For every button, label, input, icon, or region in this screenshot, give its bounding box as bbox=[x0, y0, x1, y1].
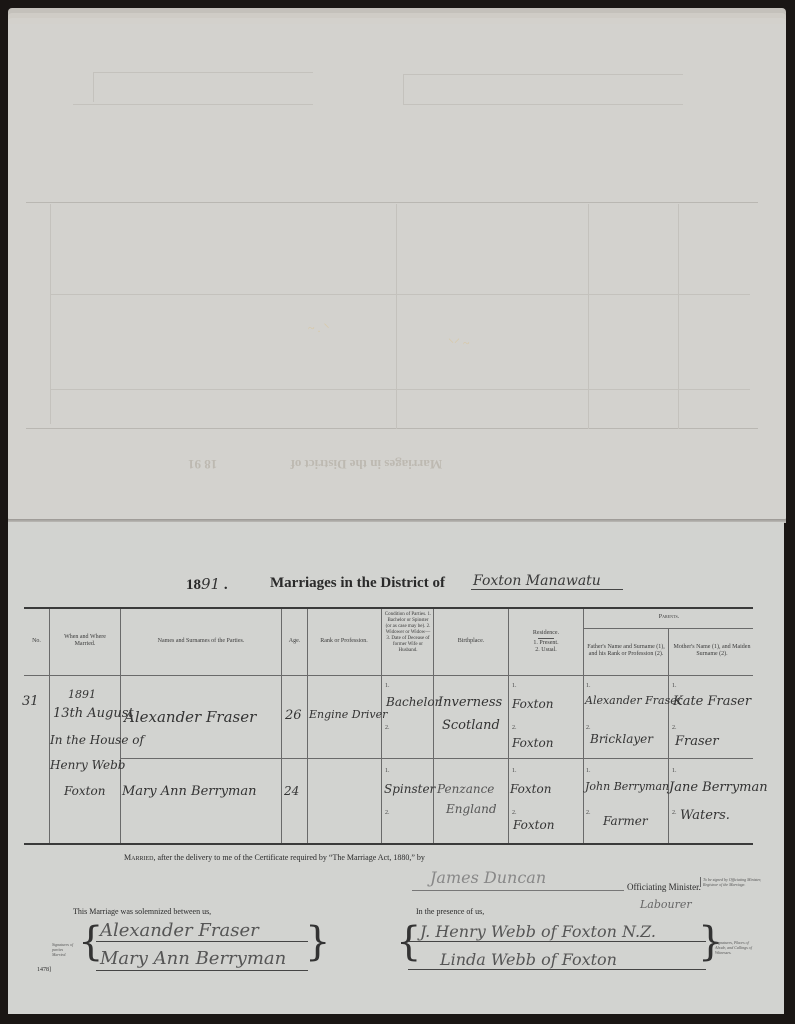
presence-label: In the presence of us, bbox=[416, 907, 484, 916]
witness-brace-left: { bbox=[396, 922, 421, 962]
column-rule bbox=[583, 609, 584, 843]
num-label: 1. bbox=[586, 768, 591, 774]
num-label: 1. bbox=[385, 768, 390, 774]
register-title: Marriages in the District of bbox=[270, 575, 445, 592]
married-statement: Married, after the delivery to me of the… bbox=[124, 853, 425, 862]
header-residence: Residence. 1. Present. 2. Usual. bbox=[510, 630, 582, 654]
married-text: , after the delivery to me of the Certif… bbox=[153, 853, 424, 862]
officiating-minister-label: Officiating Minister. bbox=[627, 882, 701, 892]
ghost-rule bbox=[50, 204, 51, 424]
ghost-rule bbox=[403, 74, 683, 75]
groom-residence-present: Foxton bbox=[512, 697, 553, 711]
num-label: 2. bbox=[672, 810, 677, 816]
witness-2-signature: Linda Webb of Foxton bbox=[440, 950, 617, 969]
ghost-rule bbox=[93, 72, 94, 102]
mirrored-title: Marriages in the District of bbox=[291, 457, 443, 472]
header-birthplace: Birthplace. bbox=[435, 638, 507, 645]
bride-father-name: John Berryman bbox=[585, 780, 669, 793]
ghost-rule bbox=[678, 204, 679, 429]
num-label: 2. bbox=[385, 810, 390, 816]
ghost-rule bbox=[26, 202, 758, 203]
header-age: Age. bbox=[282, 638, 307, 645]
groom-signature: Alexander Fraser bbox=[100, 920, 259, 941]
header-no: No. bbox=[24, 638, 49, 645]
ghost-rule bbox=[396, 204, 397, 429]
groom-father-rank: Bricklayer bbox=[590, 732, 653, 746]
groom-signature-line bbox=[96, 941, 308, 942]
ghost-rule bbox=[26, 428, 758, 429]
witness-2-line bbox=[408, 969, 706, 970]
witness-note: Signatures, Places of Abode, and Calling… bbox=[715, 940, 760, 955]
column-rule bbox=[668, 628, 669, 843]
column-rule bbox=[433, 609, 434, 843]
groom-birthplace-line1: Inverness bbox=[438, 695, 502, 710]
groom-rank: Engine Driver bbox=[309, 708, 387, 721]
column-rule bbox=[49, 609, 50, 843]
witness-1-line bbox=[408, 941, 706, 942]
num-label: 1. bbox=[385, 683, 390, 689]
num-label: 2. bbox=[512, 810, 517, 816]
district-name: Foxton Manawatu bbox=[471, 573, 623, 590]
ink-bleed: ~ . ⸌ bbox=[308, 319, 330, 336]
entry-year: 1891 bbox=[68, 688, 96, 701]
groom-birthplace-line2: Scotland bbox=[442, 718, 500, 733]
num-label: 1. bbox=[512, 768, 517, 774]
married-lead: Married bbox=[124, 853, 153, 862]
form-number: 1478] bbox=[37, 967, 51, 973]
header-father: Father's Name and Surname (1), and his R… bbox=[586, 644, 666, 658]
entry-divider bbox=[121, 758, 753, 759]
bride-name: Mary Ann Berryman bbox=[122, 784, 257, 799]
bride-age: 24 bbox=[284, 784, 299, 798]
num-label: 2. bbox=[672, 725, 677, 731]
table-top-rule bbox=[24, 607, 753, 609]
ink-bleed: ⸌⸍ ~ bbox=[448, 334, 470, 351]
bride-signature-line bbox=[96, 970, 308, 971]
groom-condition: Bachelor bbox=[386, 695, 440, 709]
column-rule bbox=[381, 609, 382, 843]
entry-number: 31 bbox=[22, 694, 39, 709]
entry-place-line2: Henry Webb bbox=[50, 758, 125, 772]
ghost-rule bbox=[50, 389, 750, 390]
upper-page: ~ . ⸌ ⸌⸍ ~ Marriages in the District of … bbox=[8, 24, 786, 520]
num-label: 1. bbox=[672, 768, 677, 774]
num-label: 2. bbox=[586, 725, 591, 731]
bride-condition: Spinster bbox=[384, 782, 435, 796]
parties-brace-right: } bbox=[305, 922, 330, 962]
entry-place-line3: Foxton bbox=[64, 784, 105, 798]
groom-father-name: Alexander Fraser bbox=[585, 694, 682, 707]
entry-date: 13th August bbox=[53, 706, 134, 721]
num-label: 2. bbox=[512, 725, 517, 731]
residence-usual-label: 2. Usual. bbox=[510, 647, 582, 654]
bride-residence-present: Foxton bbox=[510, 782, 551, 796]
register-year: 1891 . bbox=[186, 575, 228, 594]
bride-father-rank: Farmer bbox=[603, 814, 648, 828]
num-label: 1. bbox=[586, 683, 591, 689]
column-rule bbox=[307, 609, 308, 843]
ghost-rule bbox=[50, 294, 750, 295]
groom-age: 26 bbox=[285, 708, 302, 723]
ghost-rule bbox=[403, 104, 683, 105]
table-bottom-rule bbox=[24, 843, 753, 845]
groom-name: Alexander Fraser bbox=[124, 708, 256, 726]
minister-note: To be signed by Officiating Minister, Re… bbox=[700, 877, 775, 887]
column-rule bbox=[120, 609, 121, 843]
year-printed: 18 bbox=[186, 577, 201, 593]
witness-1-signature: J. Henry Webb of Foxton N.Z. bbox=[420, 922, 656, 941]
groom-mother-name: Kate Fraser bbox=[673, 694, 751, 709]
residence-rule bbox=[538, 638, 554, 639]
bride-birthplace-line2: England bbox=[446, 802, 497, 816]
groom-residence-usual: Foxton bbox=[512, 736, 553, 750]
header-rule bbox=[24, 675, 753, 676]
bride-residence-usual: Foxton bbox=[513, 818, 554, 832]
bride-mother-name: Jane Berryman bbox=[669, 780, 768, 795]
num-label: 2. bbox=[586, 810, 591, 816]
year-handwritten: 91 bbox=[201, 575, 220, 593]
bride-birthplace-line1: Penzance bbox=[437, 782, 494, 796]
num-label: 2. bbox=[385, 725, 390, 731]
minister-signature: James Duncan bbox=[430, 868, 546, 887]
solemnized-label: This Marriage was solemnized between us, bbox=[73, 907, 211, 916]
entry-place-line1: In the House of bbox=[50, 733, 144, 747]
ghost-rule bbox=[73, 104, 313, 105]
ghost-rule bbox=[93, 72, 313, 73]
mirrored-year: 18 91 bbox=[188, 457, 217, 472]
header-parents: Parents. bbox=[585, 614, 753, 621]
bride-mother-maiden: Waters. bbox=[680, 808, 730, 823]
header-names: Names and Surnames of the Parties. bbox=[125, 638, 277, 645]
num-label: 1. bbox=[512, 683, 517, 689]
residence-title: Residence. bbox=[510, 630, 582, 637]
column-rule bbox=[508, 609, 509, 843]
parties-note: Signatures of parties Married. bbox=[52, 942, 76, 957]
groom-mother-maiden: Fraser bbox=[675, 734, 719, 749]
header-condition: Condition of Parties. 1. Bachelor or Spi… bbox=[384, 612, 432, 654]
header-rank: Rank or Profession. bbox=[309, 638, 379, 645]
header-mother: Mother's Name (1), and Maiden Surname (2… bbox=[672, 644, 752, 658]
residence-present-label: 1. Present. bbox=[510, 640, 582, 647]
mirrored-heading: Marriages in the District of 18 91 bbox=[188, 456, 442, 472]
witness-annotation: Labourer bbox=[640, 898, 692, 911]
bride-signature: Mary Ann Berryman bbox=[100, 948, 286, 969]
ghost-rule bbox=[588, 204, 589, 429]
header-when-where: When and Where Married. bbox=[55, 634, 115, 648]
ghost-rule bbox=[403, 74, 404, 104]
num-label: 1. bbox=[672, 683, 677, 689]
minister-signature-line bbox=[412, 890, 624, 891]
